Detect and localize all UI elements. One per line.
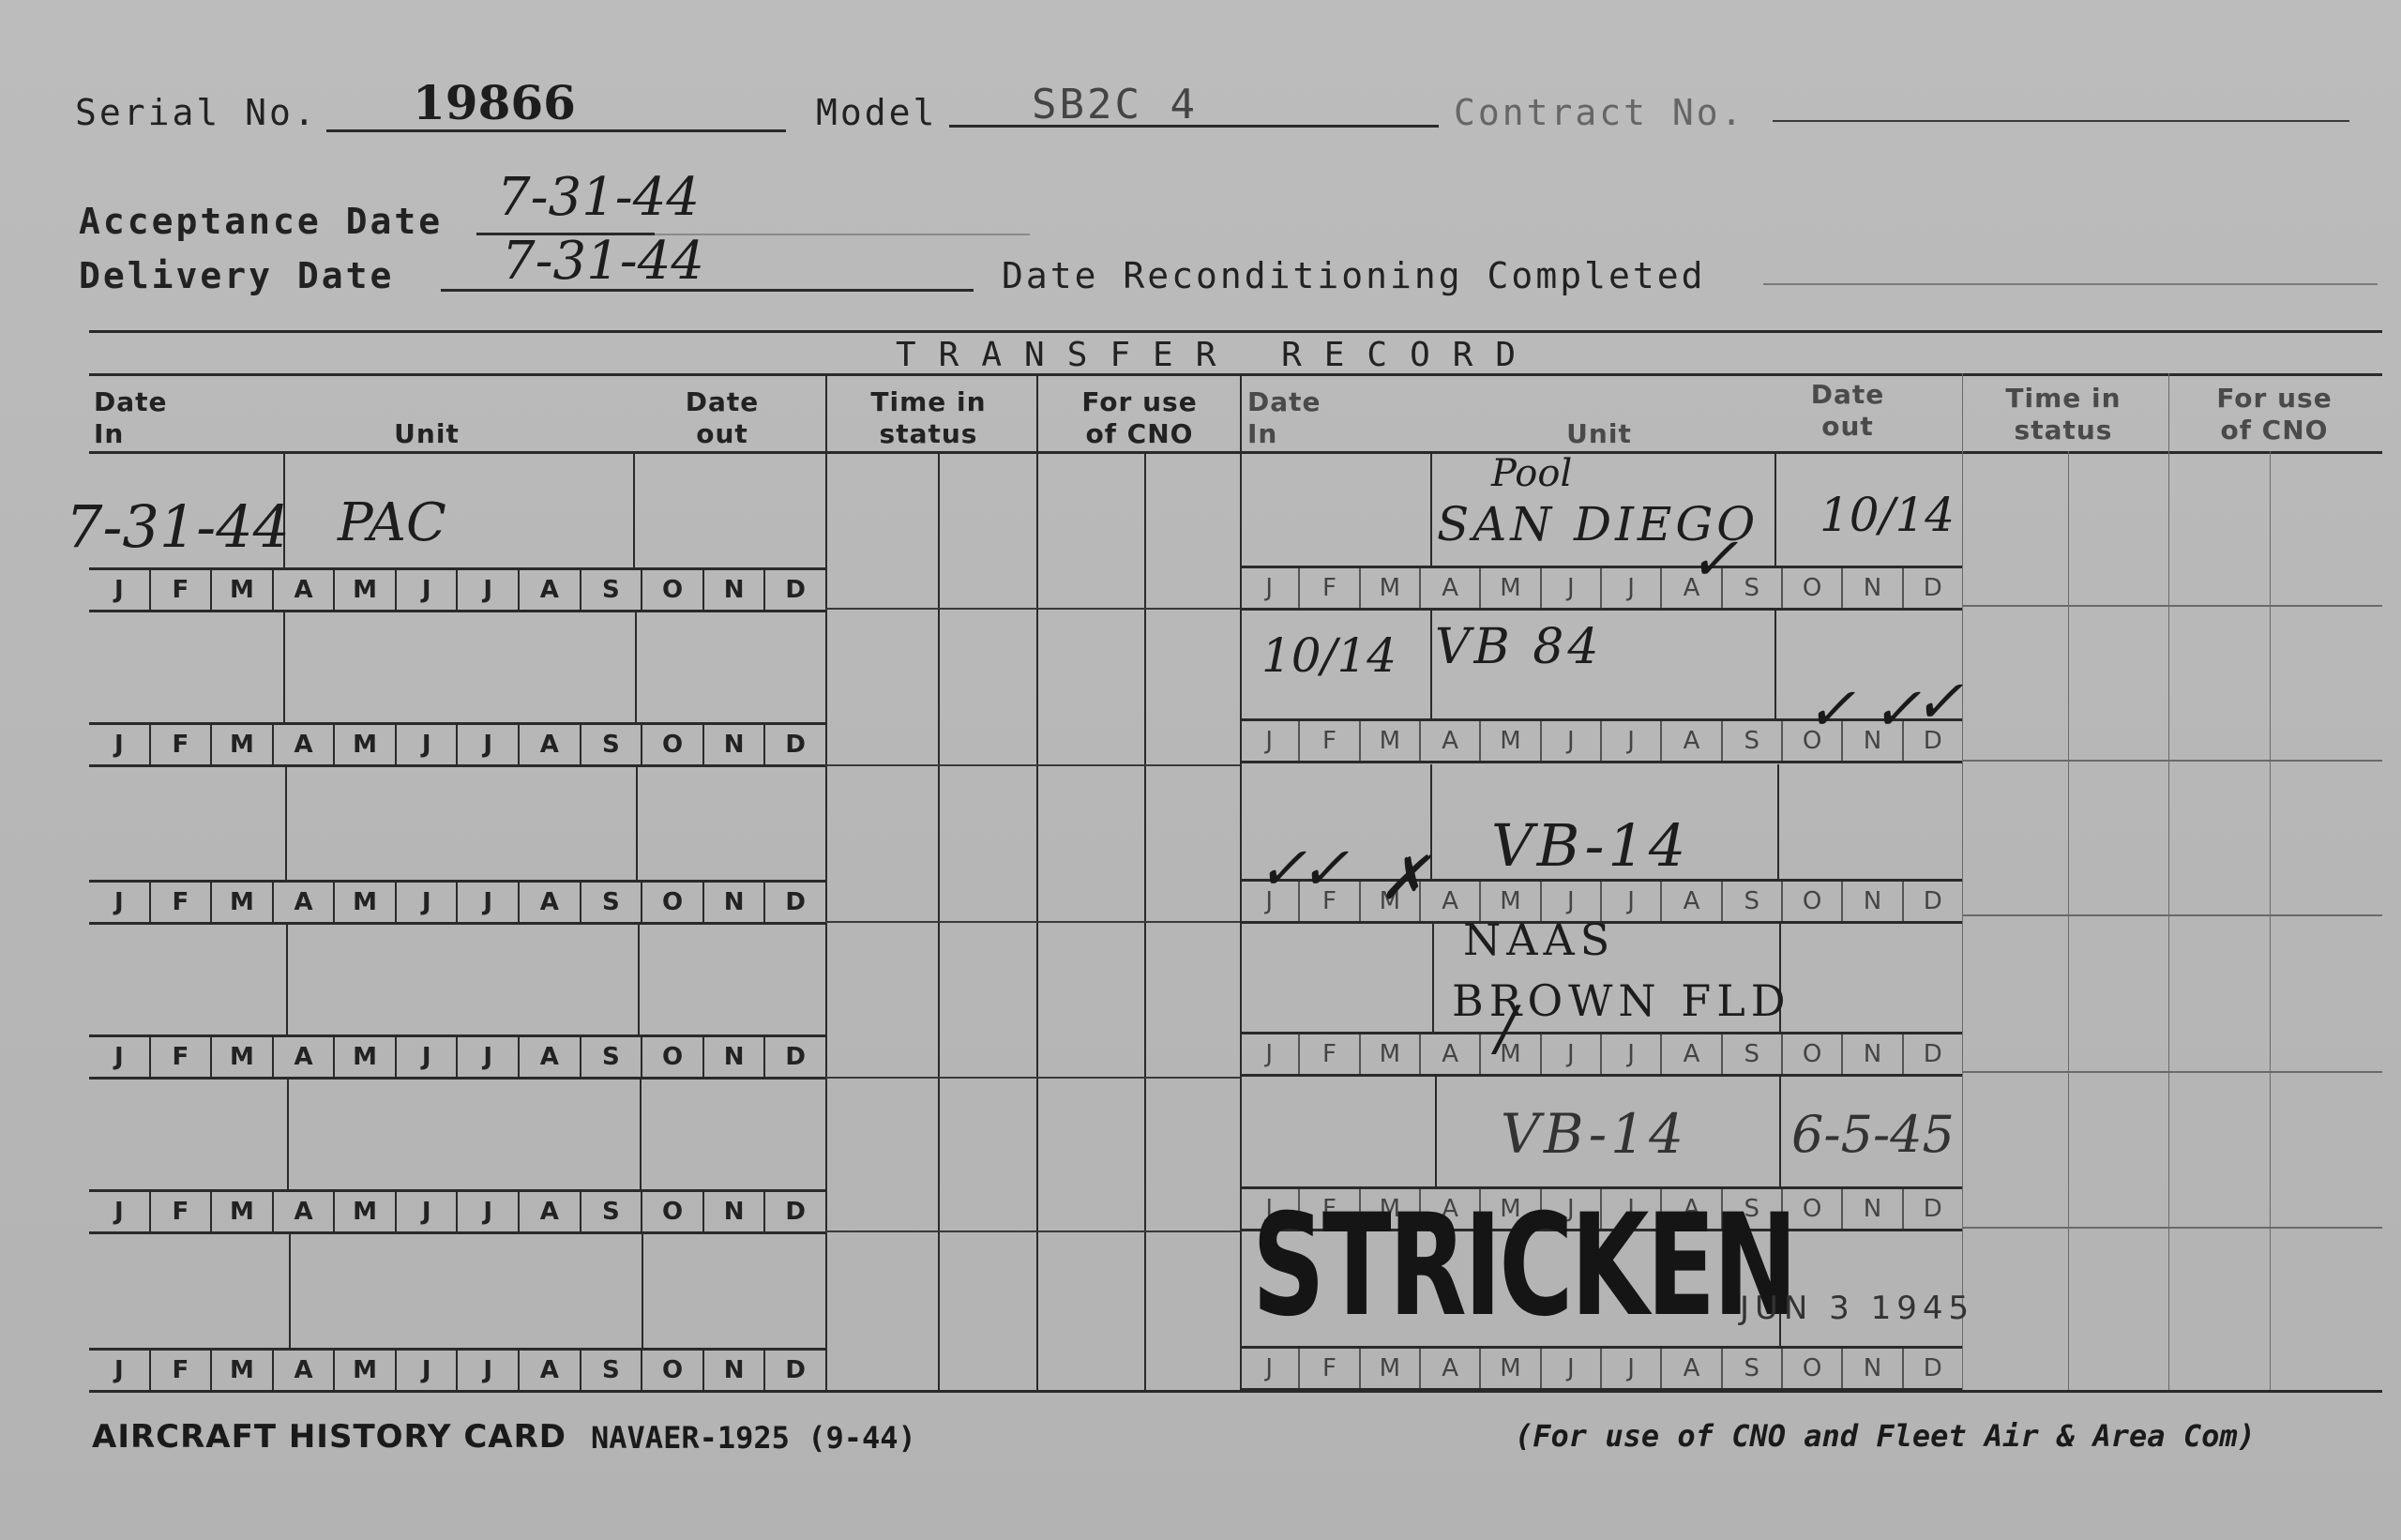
month-mar[interactable]: M (210, 1351, 272, 1390)
month-aug[interactable]: A (1660, 1349, 1720, 1388)
left-col-date-in: Date In (94, 386, 188, 450)
month-mar[interactable]: M (1359, 568, 1419, 608)
month-jul[interactable]: J (456, 570, 518, 610)
month-feb[interactable]: F (149, 725, 211, 764)
month-dec[interactable]: D (1902, 1189, 1962, 1229)
acceptance-value: 7-31-44 (497, 167, 700, 228)
serial-label: Serial No. (75, 92, 318, 133)
month-oct[interactable]: O (1781, 568, 1841, 608)
month-dec[interactable]: D (763, 1351, 825, 1390)
right-row4-unit-line1: NAAS (1463, 914, 1615, 965)
right-r3-div2 (1777, 764, 1779, 879)
month-dec[interactable]: D (1902, 568, 1962, 608)
month-jan[interactable]: J (89, 570, 149, 610)
checkmark-icon: ✓ (1299, 835, 1350, 904)
month-feb[interactable]: F (1298, 721, 1358, 761)
row-sep-2-left (825, 764, 1240, 766)
month-jan[interactable]: J (1240, 721, 1298, 761)
right-row1-months: JFMAMJJASOND (1240, 566, 1962, 611)
right-r3-div1 (1430, 764, 1432, 879)
row-sep-3-left (825, 921, 1240, 923)
month-sep[interactable]: S (1721, 1349, 1781, 1388)
right-row6-months: JFMAMJJASOND (1240, 1346, 1962, 1391)
month-aug[interactable]: A (518, 883, 580, 922)
reconditioning-label: Date Reconditioning Completed (1002, 255, 1705, 296)
month-oct[interactable]: O (641, 725, 702, 764)
footer-note: (For use of CNO and Fleet Air & Area Com… (1515, 1418, 2256, 1454)
left-col-time-in-status: Time in status (830, 386, 1027, 450)
section-divider-top (89, 330, 2382, 333)
left-r6-div1 (289, 1233, 291, 1348)
model-value: SB2C 4 (1032, 81, 1198, 128)
right-col-date-in: Date In (1247, 386, 1341, 450)
checkmark-icon: ✓ (1913, 668, 1964, 737)
left-row1-unit: PAC (338, 492, 446, 553)
month-feb[interactable]: F (149, 1037, 211, 1077)
month-feb[interactable]: F (1298, 1034, 1358, 1074)
month-mar[interactable]: M (210, 725, 272, 764)
right-r5-div1 (1435, 1076, 1437, 1186)
month-oct[interactable]: O (641, 883, 702, 922)
month-may[interactable]: M (333, 570, 395, 610)
row-sep-3-right (1962, 914, 2382, 916)
month-jun[interactable]: J (395, 1037, 457, 1077)
left-row5-months: JFMAMJJASOND (89, 1189, 825, 1234)
month-dec[interactable]: D (763, 725, 825, 764)
month-feb[interactable]: F (149, 570, 211, 610)
right-r1-div2 (1774, 451, 1776, 566)
aircraft-history-card: Serial No. 19866 Model SB2C 4 Contract N… (0, 0, 2401, 1540)
month-may[interactable]: M (1479, 568, 1539, 608)
left-row2-months: JFMAMJJASOND (89, 722, 825, 767)
month-apr[interactable]: A (272, 1037, 334, 1077)
section-divider-header (89, 373, 2382, 376)
month-nov[interactable]: N (702, 570, 764, 610)
month-nov[interactable]: N (1841, 1349, 1901, 1388)
left-r5-div1 (287, 1080, 289, 1189)
month-jan[interactable]: J (89, 1192, 149, 1231)
right-col-for-use-cno: For use of CNO (2176, 383, 2373, 446)
checkmark-icon: ✗ (1379, 844, 1429, 913)
month-oct[interactable]: O (641, 1192, 702, 1231)
month-apr[interactable]: A (272, 725, 334, 764)
row-sep-2-right (1962, 760, 2382, 762)
checkmark-icon: / (1496, 994, 1517, 1064)
month-dec[interactable]: D (1902, 1034, 1962, 1074)
month-aug[interactable]: A (1660, 1034, 1720, 1074)
month-sep[interactable]: S (580, 1192, 642, 1231)
month-nov[interactable]: N (1841, 568, 1901, 608)
right-row1-date-out: 10/14 (1820, 488, 1955, 542)
left-r4-div1 (286, 924, 288, 1034)
month-sep[interactable]: S (580, 883, 642, 922)
delivery-value: 7-31-44 (502, 231, 704, 292)
month-mar[interactable]: M (1359, 1349, 1419, 1388)
stricken-stamp: STRICKEN (1252, 1196, 1795, 1336)
checkmark-icon: ✓ (1688, 525, 1739, 595)
month-oct[interactable]: O (641, 1351, 702, 1390)
month-jan[interactable]: J (89, 1351, 149, 1390)
month-jun[interactable]: J (395, 1192, 457, 1231)
month-apr[interactable]: A (1419, 1349, 1479, 1388)
month-feb[interactable]: F (149, 1192, 211, 1231)
left-r3-div2 (636, 767, 638, 880)
month-sep[interactable]: S (580, 1351, 642, 1390)
acceptance-label: Acceptance Date (79, 201, 443, 242)
divider-left-status (825, 373, 827, 1391)
right-row5-unit-line2: VB-14 (1501, 1102, 1687, 1166)
month-aug[interactable]: A (1660, 882, 1720, 921)
month-jan[interactable]: J (1240, 568, 1298, 608)
month-aug[interactable]: A (518, 1351, 580, 1390)
month-jun[interactable]: J (1540, 568, 1600, 608)
right-row5-date-out: 6-5-45 (1791, 1105, 1955, 1164)
checkmark-icon: ✓ (1805, 675, 1856, 745)
delivery-label: Delivery Date (79, 255, 394, 296)
month-dec[interactable]: D (763, 883, 825, 922)
month-sep[interactable]: S (580, 570, 642, 610)
month-feb[interactable]: F (149, 883, 211, 922)
left-row4-months: JFMAMJJASOND (89, 1034, 825, 1080)
month-jul[interactable]: J (456, 725, 518, 764)
month-may[interactable]: M (333, 883, 395, 922)
left-row1-date-in: 7-31-44 (66, 492, 290, 561)
transfer-record-title: TRANSFER RECORD (896, 336, 1538, 374)
month-oct[interactable]: O (1781, 882, 1841, 921)
month-jun[interactable]: J (395, 570, 457, 610)
month-mar[interactable]: M (210, 1192, 272, 1231)
month-jun[interactable]: J (395, 1351, 457, 1390)
left-r1-div2 (633, 451, 635, 567)
month-mar[interactable]: M (210, 570, 272, 610)
divider-right-cno (2168, 373, 2169, 1391)
month-aug[interactable]: A (518, 1192, 580, 1231)
row-sep-1-right (1962, 605, 2382, 607)
month-nov[interactable]: N (702, 883, 764, 922)
header-bottom-line (89, 451, 2382, 454)
right-r4-div1 (1432, 921, 1434, 1034)
month-sep[interactable]: S (1721, 882, 1781, 921)
row-sep-4-right (1962, 1071, 2382, 1073)
month-apr[interactable]: A (272, 883, 334, 922)
month-sep[interactable]: S (1721, 1034, 1781, 1074)
right-col-date-out: Date out (1791, 379, 1904, 443)
month-nov[interactable]: N (1841, 882, 1901, 921)
left-r4-div2 (638, 924, 640, 1034)
right-row4-months: JFMAMJJASOND (1240, 1032, 1962, 1077)
right-r1-div1 (1430, 451, 1432, 566)
right-r2-div2 (1774, 608, 1776, 720)
left-r3-div1 (285, 767, 287, 880)
month-nov[interactable]: N (1841, 1189, 1901, 1229)
month-jun[interactable]: J (1540, 721, 1600, 761)
month-jan[interactable]: J (89, 1037, 149, 1077)
right-row3-unit-line2: VB-14 (1491, 811, 1689, 880)
month-apr[interactable]: A (272, 1351, 334, 1390)
month-jan[interactable]: J (89, 883, 149, 922)
month-mar[interactable]: M (1359, 1034, 1419, 1074)
right-r5-div2 (1779, 1076, 1781, 1186)
divider-right-cno-mid (2270, 451, 2271, 1391)
serial-value: 19866 (413, 75, 576, 130)
left-col-for-use-cno: For use of CNO (1041, 386, 1238, 450)
left-row1-months: JFMAMJJASOND (89, 567, 825, 612)
month-nov[interactable]: N (702, 1351, 764, 1390)
left-row3-months: JFMAMJJASOND (89, 880, 825, 925)
month-nov[interactable]: N (702, 1037, 764, 1077)
month-apr[interactable]: A (1419, 721, 1479, 761)
row-sep-1-left (825, 608, 1240, 610)
month-apr[interactable]: A (272, 1192, 334, 1231)
month-may[interactable]: M (333, 1192, 395, 1231)
month-apr[interactable]: A (272, 570, 334, 610)
month-feb[interactable]: F (1298, 1349, 1358, 1388)
row-sep-5-right (1962, 1227, 2382, 1229)
month-may[interactable]: M (1479, 1349, 1539, 1388)
left-r6-div2 (642, 1233, 643, 1348)
right-row2-date-in: 10/14 (1261, 628, 1397, 683)
month-oct[interactable]: O (1781, 1349, 1841, 1388)
month-mar[interactable]: M (210, 883, 272, 922)
month-apr[interactable]: A (1419, 568, 1479, 608)
left-r2-div2 (635, 611, 637, 723)
month-aug[interactable]: A (518, 570, 580, 610)
right-col-unit: Unit (1482, 418, 1716, 450)
month-jul[interactable]: J (1600, 568, 1660, 608)
month-jul[interactable]: J (1600, 721, 1660, 761)
month-jun[interactable]: J (1540, 1349, 1600, 1388)
month-jul[interactable]: J (456, 883, 518, 922)
month-oct[interactable]: O (1781, 1034, 1841, 1074)
right-row1-unit-line1: Pool (1491, 452, 1572, 495)
month-mar[interactable]: M (210, 1037, 272, 1077)
left-r5-div2 (640, 1080, 642, 1189)
month-nov[interactable]: N (702, 725, 764, 764)
month-oct[interactable]: O (641, 1037, 702, 1077)
right-col-time-in-status: Time in status (1965, 383, 2162, 446)
month-aug[interactable]: A (1660, 721, 1720, 761)
month-dec[interactable]: D (763, 570, 825, 610)
divider-left-cno (1036, 373, 1038, 1391)
model-label: Model (816, 92, 937, 133)
month-may[interactable]: M (333, 1037, 395, 1077)
month-nov[interactable]: N (702, 1192, 764, 1231)
acceptance-underline-faint (655, 234, 1030, 235)
month-may[interactable]: M (1479, 721, 1539, 761)
month-jul[interactable]: J (1600, 1349, 1660, 1388)
month-jul[interactable]: J (456, 1192, 518, 1231)
month-may[interactable]: M (333, 725, 395, 764)
month-aug[interactable]: A (518, 1037, 580, 1077)
month-oct[interactable]: O (641, 570, 702, 610)
month-dec[interactable]: D (763, 1037, 825, 1077)
month-jan[interactable]: J (1240, 1349, 1298, 1388)
right-row2-unit-line1: VB 84 (1435, 619, 1602, 675)
month-jul[interactable]: J (456, 1351, 518, 1390)
month-nov[interactable]: N (1841, 1034, 1901, 1074)
month-aug[interactable]: A (518, 725, 580, 764)
month-dec[interactable]: D (1902, 882, 1962, 921)
month-dec[interactable]: D (763, 1192, 825, 1231)
divider-right-status (1962, 373, 1963, 1391)
reconditioning-underline (1763, 283, 2378, 285)
left-row6-months: JFMAMJJASOND (89, 1348, 825, 1393)
divider-right-status-mid (2068, 451, 2069, 1391)
left-col-unit: Unit (310, 418, 544, 450)
stricken-stamp-date: JUN 3 1945 (1740, 1290, 1974, 1327)
left-r2-div1 (283, 611, 285, 723)
month-jul[interactable]: J (456, 1037, 518, 1077)
contract-underline (1773, 120, 2349, 122)
month-mar[interactable]: M (1359, 721, 1419, 761)
form-title: AIRCRAFT HISTORY CARD (92, 1418, 566, 1456)
month-jun[interactable]: J (395, 883, 457, 922)
contract-label: Contract No. (1454, 92, 1745, 133)
form-number: NAVAER-1925 (9-44) (591, 1420, 916, 1456)
month-jan[interactable]: J (1240, 1034, 1298, 1074)
row-sep-4-left (825, 1077, 1240, 1079)
month-feb[interactable]: F (149, 1351, 211, 1390)
month-apr[interactable]: A (1419, 1034, 1479, 1074)
month-may[interactable]: M (333, 1351, 395, 1390)
month-jun[interactable]: J (395, 725, 457, 764)
row-sep-5-left (825, 1230, 1240, 1232)
month-jan[interactable]: J (89, 725, 149, 764)
month-dec[interactable]: D (1902, 1349, 1962, 1388)
month-sep[interactable]: S (1721, 721, 1781, 761)
month-jun[interactable]: J (1540, 1034, 1600, 1074)
month-jul[interactable]: J (1600, 1034, 1660, 1074)
month-sep[interactable]: S (580, 725, 642, 764)
month-feb[interactable]: F (1298, 568, 1358, 608)
right-r2-div1 (1430, 608, 1432, 720)
month-sep[interactable]: S (580, 1037, 642, 1077)
left-col-date-out: Date out (666, 386, 778, 450)
